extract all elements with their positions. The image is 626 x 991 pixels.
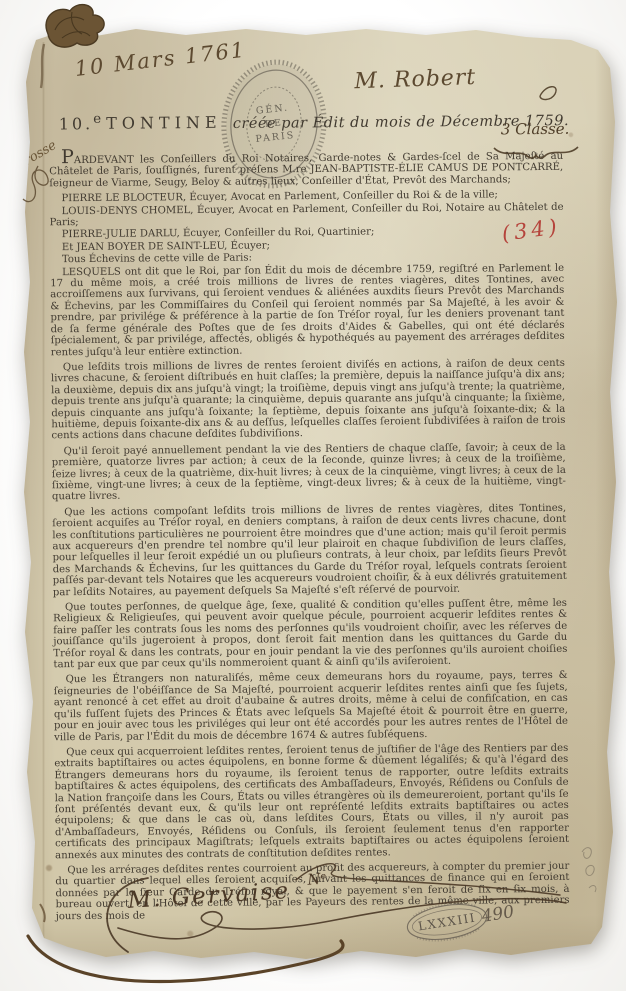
- document-title: 10.e TONTINE créée par Édit du mois de D…: [59, 108, 539, 134]
- title-number: 10.: [59, 114, 94, 133]
- paragraph: Que ceux qui acquerroient leſdites rente…: [54, 743, 569, 862]
- paragraph: LESQUELS ont dit que le Roi, par ſon Édi…: [50, 262, 565, 358]
- paper-shadow-wrap: 10 Mars 1761 M. Robert Grosse 10.e TONTI…: [0, 0, 626, 991]
- page-content: 10 Mars 1761 M. Robert Grosse 10.e TONTI…: [2, 19, 624, 964]
- signature-paraph-letter: Nᵉ: [307, 869, 327, 888]
- party-line: LOUIS-DENYS CHOMEL, Écuyer, Avocat en Pa…: [49, 201, 563, 228]
- photo-background: 10 Mars 1761 M. Robert Grosse 10.e TONTI…: [0, 0, 626, 991]
- handwritten-class-note: 3 Classe.: [501, 120, 570, 139]
- paragraph: Que toutes perſonnes, de quelque âge, ſe…: [53, 598, 568, 671]
- title-ordinal-sup: e: [93, 112, 101, 127]
- handwritten-shelf-number: 490: [480, 902, 515, 927]
- paragraph: Que les Étrangers non naturaliſés, même …: [54, 670, 569, 743]
- paragraph: Que les actions compoſant leſdits trois …: [52, 503, 567, 599]
- handwritten-date: 10 Mars 1761: [73, 38, 247, 81]
- document-page: 10 Mars 1761 M. Robert Grosse 10.e TONTI…: [6, 22, 620, 962]
- title-word: TONTINE: [106, 113, 222, 133]
- paragraph: Qu'il ſeroit payé annuellement pendant l…: [52, 442, 566, 504]
- handwritten-name: M. Robert: [354, 65, 477, 94]
- paragraph: Que leſdits trois millions de livres de …: [51, 358, 566, 442]
- printed-body: PARDEVANT les Conſeillers du Roi Notaire…: [49, 148, 570, 926]
- paragraph-opening: PARDEVANT les Conſeillers du Roi Notaire…: [49, 148, 563, 190]
